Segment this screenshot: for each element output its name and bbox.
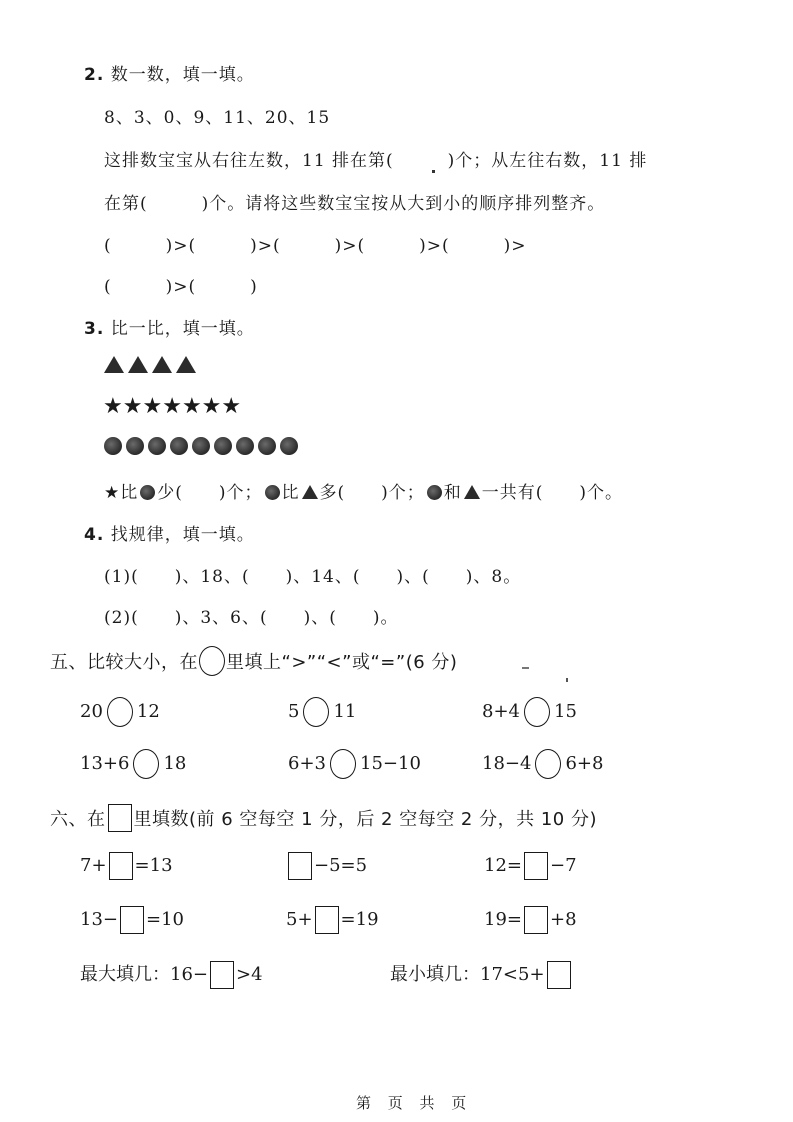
compare-item: 18−46+8 xyxy=(482,749,603,779)
fill-after: −5=5 xyxy=(314,855,367,876)
star-icon: ★ xyxy=(202,396,222,418)
compare-right: 15 xyxy=(554,701,577,722)
star-icon: ★ xyxy=(142,396,162,418)
answer-box[interactable] xyxy=(524,906,548,934)
compare-item: 8+415 xyxy=(482,697,577,727)
q3-title: 比一比，填一填。 xyxy=(111,319,255,339)
q3-heading: 3. 比一比，填一填。 xyxy=(84,314,255,339)
q2-number: 2. xyxy=(84,65,104,85)
circle-icon xyxy=(427,485,442,500)
answer-box[interactable] xyxy=(120,906,144,934)
section5-heading: 五、比较大小，在里填上“>”“<”或“=”(6 分) xyxy=(50,646,457,676)
star-icon: ★ xyxy=(162,396,182,418)
q4-item2: (2)( )、3、6、( )、( )。 xyxy=(104,603,399,628)
fill-item: 13−=10 xyxy=(80,906,184,934)
answer-circle[interactable] xyxy=(330,749,356,779)
triangle-icon xyxy=(464,485,480,499)
fill-after: =10 xyxy=(146,909,184,930)
compare-item: 13+618 xyxy=(80,749,186,779)
answer-box[interactable] xyxy=(547,961,571,989)
circle-icon xyxy=(170,437,188,455)
q3-text: 和 xyxy=(444,483,462,503)
q3-text: 比 xyxy=(120,483,138,503)
compare-left: 20 xyxy=(80,701,103,722)
fill-before: 13− xyxy=(80,909,118,930)
circle-icon xyxy=(214,437,232,455)
q2-line2: 在第( )个。请将这些数宝宝按从大到小的顺序排列整齐。 xyxy=(104,189,605,214)
section6-suffix: 里填数(前 6 空每空 1 分，后 2 空每空 2 分，共 10 分) xyxy=(134,809,597,830)
circle-icon xyxy=(258,437,276,455)
fill-before: 19= xyxy=(484,909,522,930)
answer-box[interactable] xyxy=(524,852,548,880)
circle-icon xyxy=(265,485,280,500)
star-icon: ★ xyxy=(221,396,241,418)
q3-text: 一共有( )个。 xyxy=(482,483,623,503)
circle-row xyxy=(104,437,301,455)
fill-before: 最大填几：16− xyxy=(80,964,208,985)
scan-speck xyxy=(566,678,568,682)
triangle-icon xyxy=(152,356,172,373)
compare-left: 6+3 xyxy=(288,753,326,774)
q4-title: 找规律，填一填。 xyxy=(111,525,255,545)
q4-number: 4. xyxy=(84,525,104,545)
q3-text: 比 xyxy=(282,483,300,503)
q4-heading: 4. 找规律，填一填。 xyxy=(84,520,255,545)
q2-title: 数一数，填一填。 xyxy=(111,65,255,85)
triangle-row xyxy=(104,356,199,373)
fill-before: 5+ xyxy=(286,909,313,930)
compare-right: 15−10 xyxy=(360,753,421,774)
fill-after: >4 xyxy=(236,964,263,985)
answer-box[interactable] xyxy=(315,906,339,934)
q3-text: 少( )个； xyxy=(157,483,262,503)
fill-before: 7+ xyxy=(80,855,107,876)
compare-item: 2012 xyxy=(80,697,160,727)
fill-after: =13 xyxy=(135,855,173,876)
q4-item1: (1)( )、18、( )、14、( )、( )、8。 xyxy=(104,562,521,587)
section6-heading: 六、在里填数(前 6 空每空 1 分，后 2 空每空 2 分，共 10 分) xyxy=(50,804,597,832)
fill-before: 最小填几：17<5+ xyxy=(390,964,545,985)
q3-sentence: ★比少( )个；比多( )个；和一共有( )个。 xyxy=(104,478,623,503)
triangle-icon xyxy=(128,356,148,373)
fill-item: 19=+8 xyxy=(484,906,577,934)
triangle-icon xyxy=(302,485,318,499)
triangle-icon xyxy=(104,356,124,373)
circle-icon xyxy=(126,437,144,455)
circle-blank-icon xyxy=(199,646,225,676)
answer-circle[interactable] xyxy=(535,749,561,779)
answer-box[interactable] xyxy=(109,852,133,880)
section5-suffix: 里填上“>”“<”或“=”(6 分) xyxy=(226,652,457,673)
star-icon: ★ xyxy=(123,396,143,418)
q3-text: 多( )个； xyxy=(320,483,425,503)
fill-after: =19 xyxy=(341,909,379,930)
star-icon: ★ xyxy=(103,396,123,418)
answer-circle[interactable] xyxy=(107,697,133,727)
section5-prefix: 五、比较大小，在 xyxy=(50,652,198,673)
q3-number: 3. xyxy=(84,319,104,339)
compare-right: 6+8 xyxy=(565,753,603,774)
compare-left: 8+4 xyxy=(482,701,520,722)
fill-after: +8 xyxy=(550,909,577,930)
answer-circle[interactable] xyxy=(524,697,550,727)
answer-circle[interactable] xyxy=(133,749,159,779)
circle-icon xyxy=(140,485,155,500)
fill-item: −5=5 xyxy=(286,852,367,880)
answer-circle[interactable] xyxy=(303,697,329,727)
fill-item: 12=−7 xyxy=(484,852,577,880)
compare-right: 12 xyxy=(137,701,160,722)
scan-speck xyxy=(522,667,529,669)
fill-item: 7+=13 xyxy=(80,852,173,880)
circle-icon xyxy=(104,437,122,455)
q2-heading: 2. 数一数，填一填。 xyxy=(84,60,255,85)
fill-item: 最小填几：17<5+ xyxy=(390,960,573,989)
fill-item: 5+=19 xyxy=(286,906,379,934)
answer-box[interactable] xyxy=(210,961,234,989)
fill-after: −7 xyxy=(550,855,577,876)
compare-right: 18 xyxy=(163,753,186,774)
compare-right: 11 xyxy=(333,701,356,722)
star-row: ★★★★★★★ xyxy=(103,396,240,418)
triangle-icon xyxy=(176,356,196,373)
q2-order-row1: ( )>( )>( )>( )>( )> xyxy=(104,231,527,256)
fill-before: 12= xyxy=(484,855,522,876)
answer-box[interactable] xyxy=(288,852,312,880)
circle-icon xyxy=(236,437,254,455)
circle-icon xyxy=(280,437,298,455)
scan-speck xyxy=(432,170,435,173)
compare-left: 5 xyxy=(288,701,299,722)
q2-line1: 这排数宝宝从右往左数，11 排在第( )个；从左往右数，11 排 xyxy=(104,146,647,171)
circle-icon xyxy=(192,437,210,455)
star-icon: ★ xyxy=(182,396,202,418)
star-icon: ★ xyxy=(104,483,120,503)
section6-prefix: 六、在 xyxy=(50,809,106,830)
compare-item: 511 xyxy=(288,697,356,727)
q2-order-row2: ( )>( ) xyxy=(104,272,258,297)
q2-sequence: 8、3、0、9、11、20、15 xyxy=(104,103,330,128)
circle-icon xyxy=(148,437,166,455)
compare-left: 18−4 xyxy=(482,753,531,774)
page-footer: 第 页 共 页 xyxy=(356,1092,472,1113)
square-blank-icon xyxy=(108,804,132,832)
fill-item: 最大填几：16−>4 xyxy=(80,960,263,989)
compare-left: 13+6 xyxy=(80,753,129,774)
compare-item: 6+315−10 xyxy=(288,749,421,779)
